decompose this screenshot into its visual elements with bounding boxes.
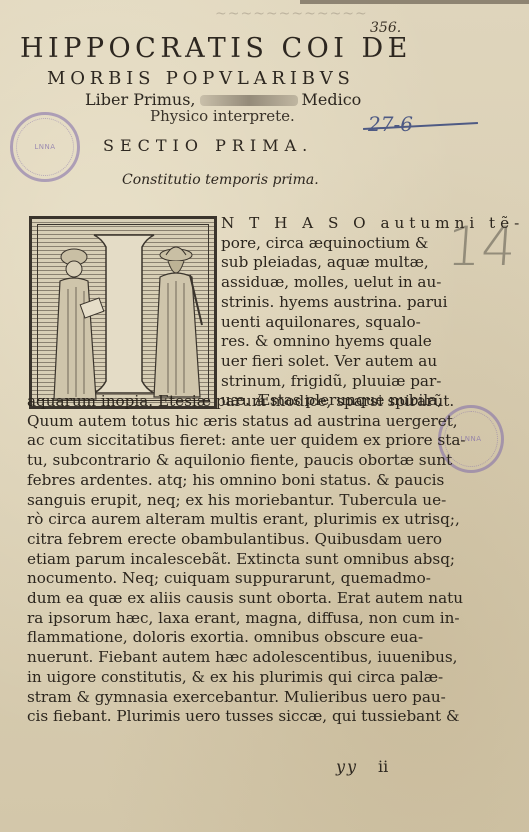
title-line-1: HIPPOCRATIS COI DE — [20, 33, 412, 64]
text-line: pore, circa æquinoctium & — [221, 234, 524, 254]
text-line: assiduæ, molles, uelut in au- — [221, 273, 524, 293]
text-line: cis fiebant. Plurimis uero tusses siccæ,… — [27, 707, 466, 727]
title-line-3-end: Medico — [302, 90, 362, 109]
struck-shelfmark-text: 27-6 — [368, 112, 413, 136]
text-line: in uigore constitutis, & ex his plurimis… — [27, 668, 466, 688]
text-line: Quum autem totus hic æris status ad aust… — [27, 412, 466, 432]
text-line: rò circa aurem alteram multis erant, plu… — [27, 510, 466, 530]
scanned-book-page: ~~~~~~~~~~~~ 356. HIPPOCRATIS COI DE MOR… — [0, 0, 529, 832]
section-heading: SECTIO PRIMA. — [103, 136, 313, 155]
text-line: aquarum inopia. Etesiæ parum modice, spa… — [27, 392, 466, 412]
body-text-right-column: N T H A S O autumni tẽ- pore, circa æqui… — [221, 214, 524, 411]
library-stamp-icon: LNNA — [10, 112, 80, 182]
text-line: ra ipsorum hæc, laxa erant, magna, diffu… — [27, 609, 466, 629]
robed-figure-left-icon — [42, 239, 112, 404]
text-line: febres ardentes. atq; his omnino boni st… — [27, 471, 466, 491]
struck-shelfmark: 27-6 — [368, 112, 413, 136]
page-edge-shadow — [300, 0, 529, 4]
text-line: ac cum siccitatibus fieret: ante uer qui… — [27, 431, 466, 451]
title-line-2: MORBIS POPVLARIBVS — [47, 68, 355, 89]
text-line: strinum, frigidũ, pluuiæ par- — [221, 372, 524, 392]
text-line: stram & gymnasia exercebantur. Mulieribu… — [27, 688, 466, 708]
text-line: nuerunt. Fiebant autem hæc adolescentibu… — [27, 648, 466, 668]
text-line: sanguis erupit, neq; ex his moriebantur.… — [27, 491, 466, 511]
subsection-heading: Constitutio temporis prima. — [122, 172, 319, 188]
text-line: dum ea quæ ex aliis causis sunt oborta. … — [27, 589, 466, 609]
body-text-full-width: aquarum inopia. Etesiæ parum modice, spa… — [27, 392, 466, 727]
signature-mark: yy — [336, 757, 358, 776]
text-line: nocumento. Neq; cuiquam suppurarunt, que… — [27, 569, 466, 589]
text-line: uenti aquilonares, squalo- — [221, 313, 524, 333]
signature-number: ii — [378, 757, 388, 776]
text-line: sub pleiadas, aquæ multæ, — [221, 253, 524, 273]
stamp-ring — [16, 118, 74, 176]
title-line-4: Physico interprete. — [150, 107, 295, 125]
text-line: citra febrem erecte obambulantibus. Quib… — [27, 530, 466, 550]
text-line: tu, subcontrario & aquilonio fiente, pau… — [27, 451, 466, 471]
text-line: strinis. hyems austrina. parui — [221, 293, 524, 313]
text-line: uer fieri solet. Ver autem au — [221, 352, 524, 372]
woodcut-initial — [29, 216, 217, 409]
text-line: flammatione, doloris exortia. omnibus ob… — [27, 628, 466, 648]
text-line: N T H A S O autumni tẽ- — [221, 214, 524, 234]
robed-figure-right-icon — [144, 235, 214, 403]
censored-translator-name — [200, 95, 298, 106]
text-line: etiam parum incalescebãt. Extincta sunt … — [27, 550, 466, 570]
text-line: res. & omnino hyems quale — [221, 332, 524, 352]
faded-inscription: ~~~~~~~~~~~~ — [215, 6, 368, 22]
